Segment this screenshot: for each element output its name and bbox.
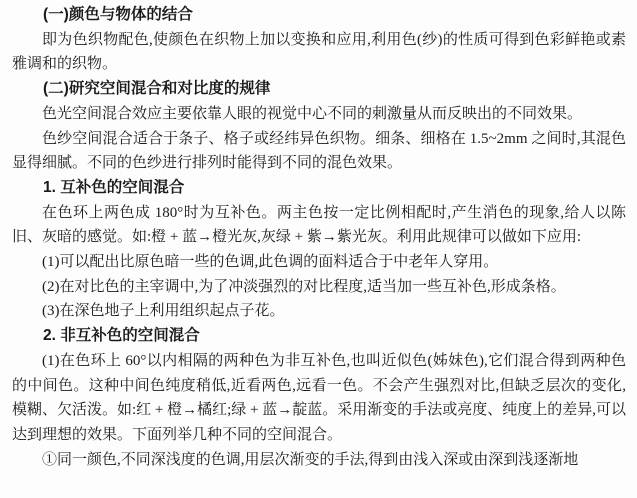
paragraph-color-fabric-matching: 即为色织物配色,使颜色在织物上加以变换和应用,利用色(纱)的性质可得到色彩鲜艳或…	[12, 28, 626, 77]
paragraph-non-complementary-principle: (1)在色环上 60°以内相隔的两种色为非互补色,也叫近似色(姊妹色),它们混合…	[12, 349, 626, 448]
document-page: (一)颜色与物体的结合 即为色织物配色,使颜色在织物上加以变换和应用,利用色(纱…	[0, 0, 637, 498]
section-heading-1-color-object-combination: (一)颜色与物体的结合	[12, 3, 626, 28]
section-heading-2-spatial-mixing-rules: (二)研究空间混合和对比度的规律	[12, 77, 626, 102]
paragraph-complementary-principle: 在色环上两色成 180°时为互补色。两主色按一定比例相配时,产生消色的现象,给人…	[12, 201, 626, 250]
list-item-application-2: (2)在对比色的主宰调中,为了冲淡强烈的对比程度,适当加一些互补色,形成条格。	[12, 275, 626, 300]
paragraph-yarn-spatial-mixing: 色纱空间混合适合于条子、格子或经纬异色织物。细条、细格在 1.5~2mm 之间时…	[12, 127, 626, 176]
list-item-application-1: (1)可以配出比原色暗一些的色调,此色调的面料适合于中老年人穿用。	[12, 250, 626, 275]
subsection-heading-1-complementary-mixing: 1. 互补色的空间混合	[12, 176, 626, 201]
list-item-circled-1-gradient-shades: ①同一颜色,不同深浅度的色调,用层次渐变的手法,得到由浅入深或由深到浅逐渐地	[12, 448, 626, 473]
subsection-heading-2-non-complementary-mixing: 2. 非互补色的空间混合	[12, 324, 626, 349]
list-item-application-3: (3)在深色地子上利用组织起点子花。	[12, 299, 626, 324]
paragraph-light-spatial-mixing: 色光空间混合效应主要依靠人眼的视觉中心不同的刺激量从而反映出的不同效果。	[12, 102, 626, 127]
